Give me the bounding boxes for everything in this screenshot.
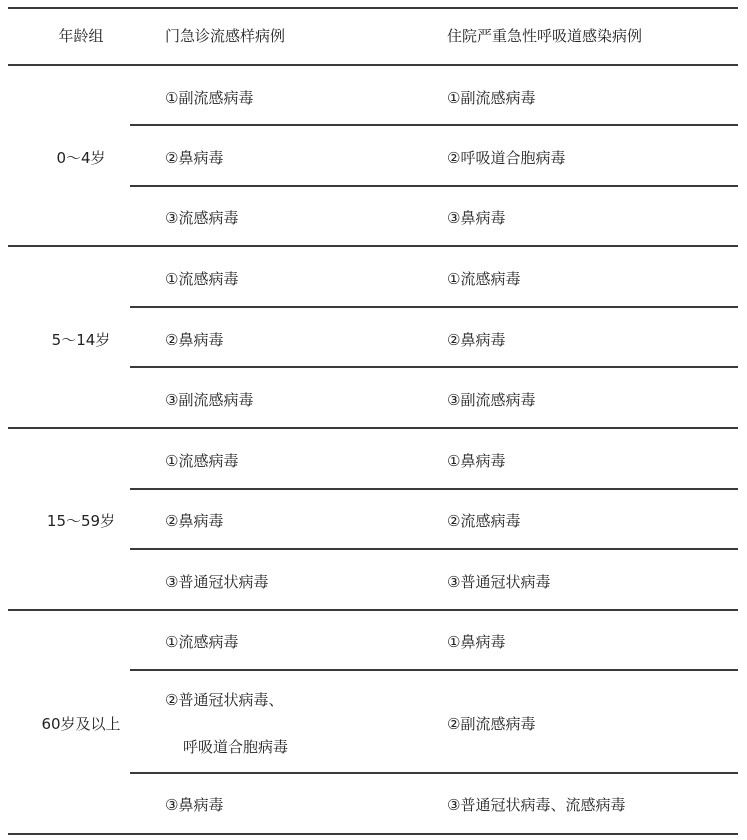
age-group-label: 5～14岁 [8,330,154,350]
outpatient-cell: ③流感病毒 [165,208,238,228]
inpatient-cell: ②副流感病毒 [447,714,535,734]
row-divider [130,366,738,368]
table-bottom-rule [8,833,738,835]
row-divider [130,772,738,774]
group-divider [8,609,738,611]
inpatient-cell: ①流感病毒 [447,269,520,289]
inpatient-cell: ①鼻病毒 [447,451,505,471]
outpatient-cell-continuation: 呼吸道合胞病毒 [183,737,288,757]
row-divider [130,488,738,490]
inpatient-cell: ③普通冠状病毒 [447,572,550,592]
inpatient-cell: ②流感病毒 [447,511,520,531]
outpatient-cell: ①流感病毒 [165,632,238,652]
inpatient-cell: ③普通冠状病毒、流感病毒 [447,795,625,815]
outpatient-cell: ②鼻病毒 [165,148,223,168]
inpatient-cell: ③鼻病毒 [447,208,505,228]
group-divider [8,427,738,429]
outpatient-cell: ③副流感病毒 [165,390,253,410]
age-group-label: 15～59岁 [8,511,154,531]
outpatient-cell: ③鼻病毒 [165,795,223,815]
header-age-group: 年龄组 [8,26,154,46]
outpatient-cell: ②鼻病毒 [165,511,223,531]
outpatient-cell: ②鼻病毒 [165,330,223,350]
outpatient-cell: ①流感病毒 [165,451,238,471]
header-outpatient-ili: 门急诊流感样病例 [165,26,285,46]
table-top-rule [8,7,738,9]
group-divider [8,245,738,247]
inpatient-cell: ③副流感病毒 [447,390,535,410]
row-divider [130,185,738,187]
outpatient-cell: ①副流感病毒 [165,88,253,108]
age-group-label: 0～4岁 [8,148,154,168]
header-inpatient-sari: 住院严重急性呼吸道感染病例 [447,26,642,46]
outpatient-cell: ①流感病毒 [165,269,238,289]
row-divider [130,669,738,671]
row-divider [130,124,738,126]
outpatient-cell: ②普通冠状病毒、 [165,690,283,710]
outpatient-cell: ③普通冠状病毒 [165,572,268,592]
inpatient-cell: ②鼻病毒 [447,330,505,350]
row-divider [130,548,738,550]
header-rule [8,64,738,66]
inpatient-cell: ①副流感病毒 [447,88,535,108]
inpatient-cell: ①鼻病毒 [447,632,505,652]
row-divider [130,306,738,308]
age-group-label: 60岁及以上 [8,714,154,734]
inpatient-cell: ②呼吸道合胞病毒 [447,148,565,168]
